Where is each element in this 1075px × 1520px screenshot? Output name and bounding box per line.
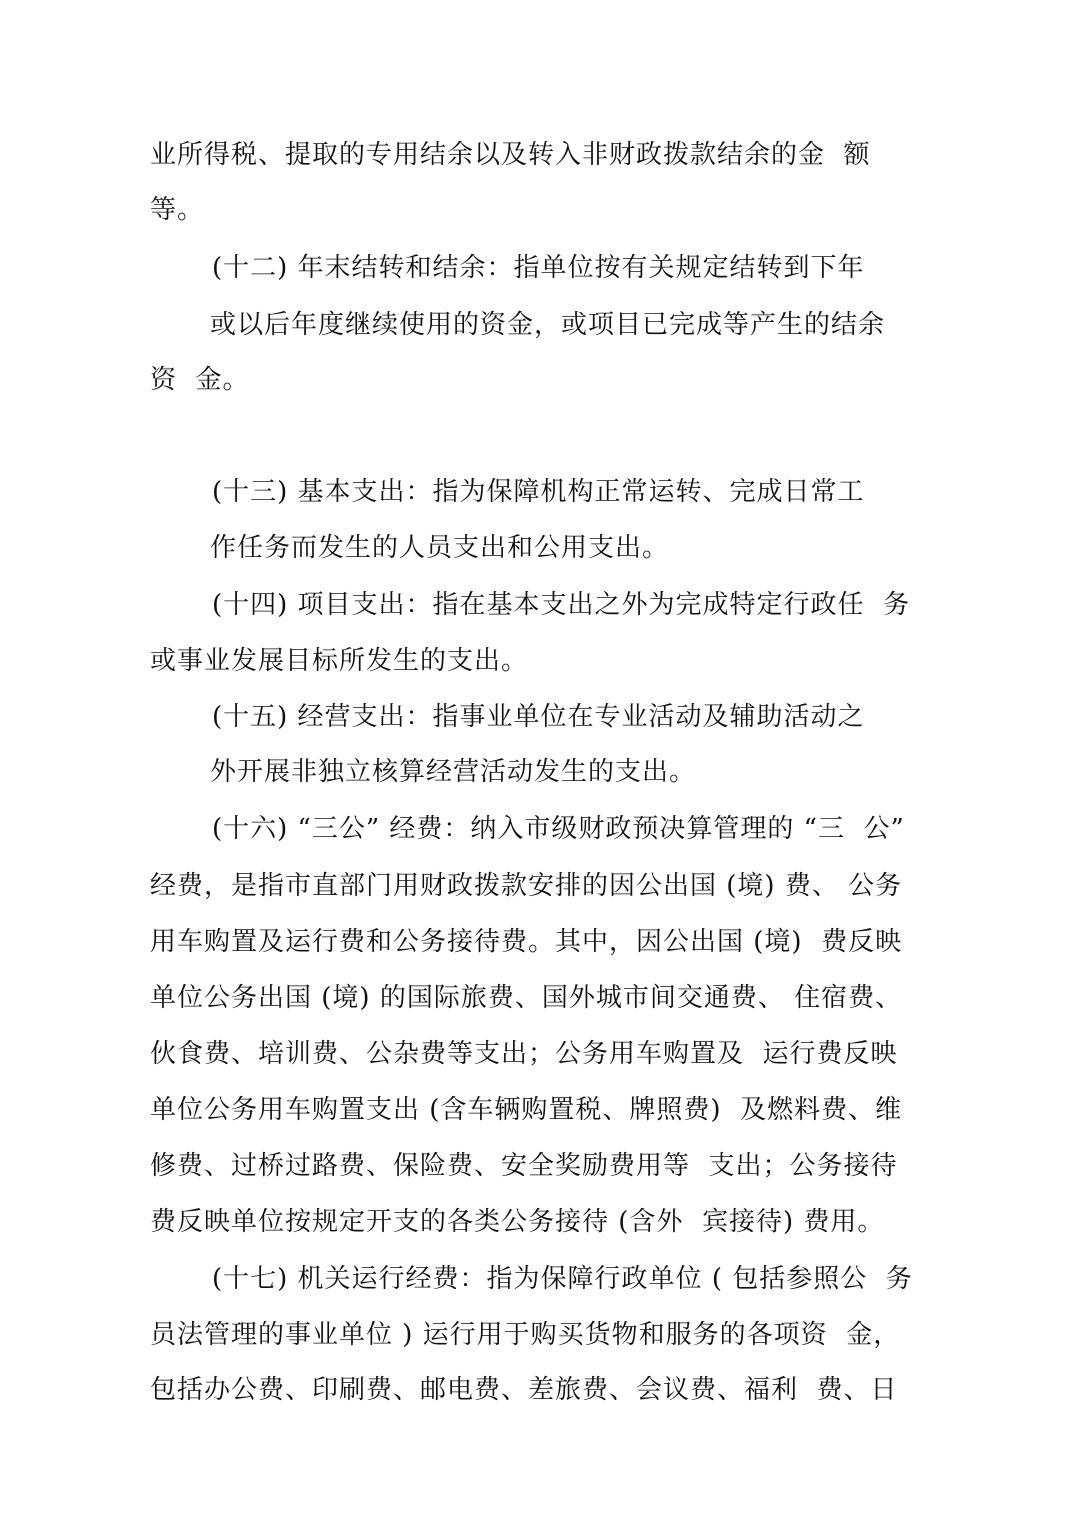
section-15-heading-line: (十五) 经营支出：指事业单位在专业活动及辅助活动之: [212, 700, 865, 734]
text-line: 或以后年度继续使用的资金，或项目已完成等产生的结余: [210, 308, 885, 342]
text-line: 资 金。: [150, 363, 250, 397]
text-line: 等。: [150, 193, 204, 227]
section-16-heading-line: (十六) “三公” 经费：纳入市级财政预决算管理的 “三 公”: [212, 812, 905, 846]
text-line: 单位公务出国 (境) 的国际旅费、国外城市间交通费、 住宿费、: [150, 981, 902, 1015]
section-12-heading-line: (十二) 年末结转和结余：指单位按有关规定结转到下年: [212, 251, 865, 285]
text-line: 伙食费、培训费、公杂费等支出；公务用车购置及 运行费反映: [150, 1037, 898, 1071]
text-line: 费反映单位按规定开支的各类公务接待 (含外 宾接待) 费用。: [150, 1205, 884, 1239]
text-line: 单位公务用车购置支出 (含车辆购置税、牌照费) 及燃料费、维: [150, 1093, 902, 1127]
text-line: 用车购置及运行费和公务接待费。其中，因公出国 (境) 费反映: [150, 925, 902, 959]
section-13-heading-line: (十三) 基本支出：指为保障机构正常运转、完成日常工: [212, 475, 865, 509]
text-line: 经费，是指市直部门用财政拨款安排的因公出国 (境) 费、 公务: [150, 869, 902, 903]
text-line: 员法管理的事业单位 ) 运行用于购买货物和服务的各项资 金，: [150, 1318, 900, 1352]
text-line: 外开展非独立核算经营活动发生的支出。: [210, 755, 696, 789]
section-14-heading-line: (十四) 项目支出：指在基本支出之外为完成特定行政任 务: [212, 588, 910, 622]
text-line: 修费、过桥过路费、保险费、安全奖励费用等 支出；公务接待: [150, 1149, 898, 1183]
document-page: 业所得税、提取的专用结余以及转入非财政拨款结余的金 额 等。 (十二) 年末结转…: [0, 0, 1075, 1520]
text-line: 包括办公费、印刷费、邮电费、差旅费、会议费、福利 费、日: [150, 1373, 898, 1407]
text-line: 作任务而发生的人员支出和公用支出。: [210, 531, 669, 565]
text-line: 业所得税、提取的专用结余以及转入非财政拨款结余的金 额: [150, 138, 871, 172]
section-17-heading-line: (十七) 机关运行经费：指为保障行政单位 ( 包括参照公 务: [212, 1262, 913, 1296]
text-line: 或事业发展目标所发生的支出。: [150, 644, 528, 678]
